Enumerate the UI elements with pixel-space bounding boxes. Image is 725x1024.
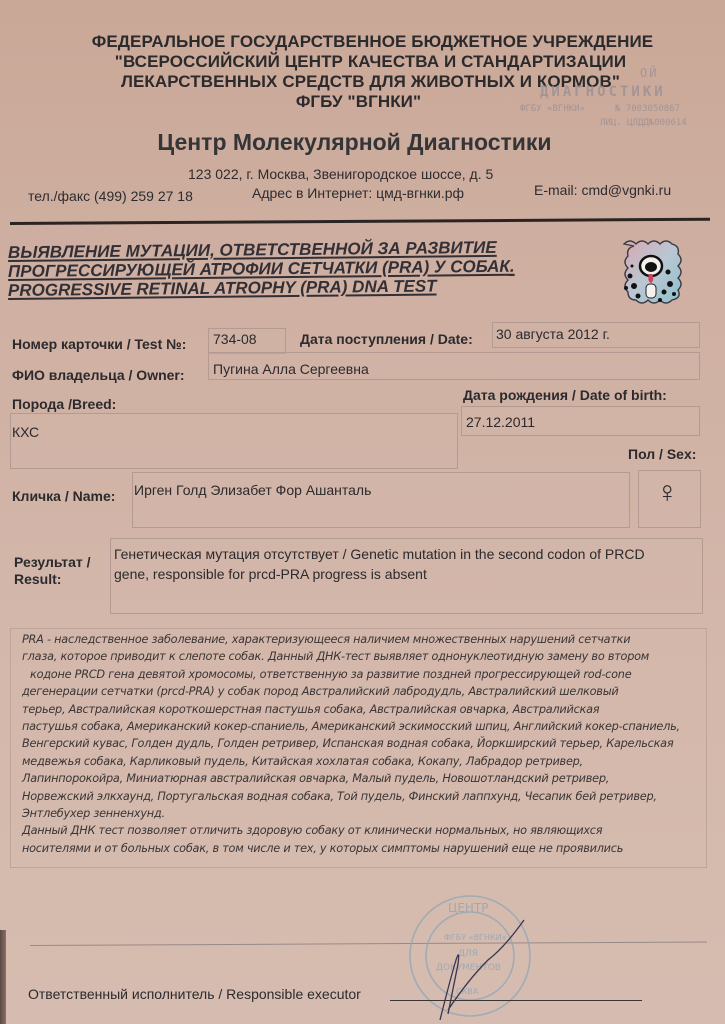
name-field — [132, 472, 630, 528]
executor-label: Ответственный исполнитель / Responsible … — [28, 986, 361, 1002]
result-line-2: gene, responsible for prcd-PRA progress … — [114, 566, 427, 582]
org-line-1: ФЕДЕРАЛЬНОЕ ГОСУДАРСТВЕННОЕ БЮДЖЕТНОЕ УЧ… — [10, 32, 725, 52]
desc-line: Венгерский кувас, Голден дудль, Голден р… — [22, 735, 712, 752]
desc-line: носителями и от больных собак, в том чис… — [22, 840, 712, 857]
desc-line: Данный ДНК тест позволяет отличить здоро… — [22, 822, 712, 839]
desc-line: терьер, Австралийская короткошерстная па… — [22, 701, 712, 718]
dob-label: Дата рождения / Date of birth: — [463, 387, 667, 403]
stamp-line-5: ЛИЦ. ЦЛДД№000614 — [600, 118, 687, 128]
desc-line: Энтлебухер зенненхунд. — [22, 805, 712, 822]
svg-text:ЦЕНТР: ЦЕНТР — [448, 901, 489, 915]
date-label: Дата поступления / Date: — [300, 331, 473, 347]
desc-line: глаза, которое приводит к слепоте собак.… — [22, 648, 712, 665]
stamp-line-2: ДИАГНОСТИКИ — [540, 84, 666, 100]
paper-edge-shadow — [0, 930, 6, 1024]
desc-line: медвежья собака, Карликовый пудель, Кита… — [22, 753, 712, 770]
owner-value: Пугина Алла Сергеевна — [213, 361, 369, 377]
test-title: ВЫЯВЛЕНИЕ МУТАЦИИ, ОТВЕТСТВЕННОЙ ЗА РАЗВ… — [8, 243, 515, 300]
test-title-line-3: PROGRESSIVE RETINAL ATROPHY (PRA) DNA TE… — [8, 276, 515, 300]
test-no-value: 734-08 — [213, 331, 257, 347]
description-text: PRA - наследственное заболевание, характ… — [22, 631, 712, 857]
desc-line: Лапинпорокойра, Миниатюрная австралийска… — [22, 770, 712, 787]
date-value: 30 августа 2012 г. — [496, 326, 610, 342]
stamp-line-1: ОЙ — [640, 66, 658, 80]
signature-line — [390, 1000, 642, 1001]
round-seal-stamp-icon: ЦЕНТР ФГБУ «ВГНКИ» ДЛЯ ДОКУМЕНТОВ СКВА — [400, 890, 540, 1024]
dob-value: 27.12.2011 — [466, 414, 535, 430]
result-label-1: Результат / — [14, 554, 91, 570]
breed-value: КХС — [12, 424, 39, 440]
test-no-label: Номер карточки / Test №: — [12, 336, 186, 352]
sex-label: Пол / Sex: — [628, 446, 696, 462]
result-line-1: Генетическая мутация отсутствует / Genet… — [114, 546, 645, 562]
owner-label: ФИО владельца / Owner: — [12, 367, 185, 383]
center-name: Центр Молекулярной Диагностики — [0, 129, 717, 156]
website: Адрес в Интернет: цмд-вгнки.рф — [252, 185, 464, 201]
dalmatian-logo-icon — [612, 236, 688, 312]
stamp-line-3: ФГБУ «ВГНКИ» — [520, 104, 585, 114]
female-symbol-icon: ♀ — [656, 476, 679, 510]
address: 123 022, г. Москва, Звенигородское шоссе… — [188, 166, 493, 182]
svg-text:ФГБУ «ВГНКИ»: ФГБУ «ВГНКИ» — [444, 933, 507, 942]
name-value: Ирген Голд Элизабет Фор Ашанталь — [134, 482, 371, 498]
email: E-mail: cmd@vgnki.ru — [534, 182, 671, 198]
breed-label: Порода /Breed: — [12, 396, 116, 412]
desc-line: дегенерации сетчатки (prcd-PRA) у собак … — [22, 683, 712, 700]
rectangular-stamp: ОЙ ДИАГНОСТИКИ ФГБУ «ВГНКИ» № 7003050867… — [520, 66, 720, 136]
svg-text:ДЛЯ: ДЛЯ — [458, 949, 478, 959]
breed-field — [10, 413, 458, 469]
result-label-2: Result: — [14, 571, 61, 587]
desc-line: PRA - наследственное заболевание, характ… — [22, 631, 712, 648]
stamp-line-4: № 7003050867 — [615, 104, 680, 114]
desc-line: Норвежский элкхаунд, Португальская водна… — [22, 788, 712, 805]
svg-text:ДОКУМЕНТОВ: ДОКУМЕНТОВ — [436, 963, 501, 973]
desc-line: пастушья собака, Американский кокер-спан… — [22, 718, 712, 735]
phone: тел./факс (499) 259 27 18 — [28, 188, 193, 204]
desc-line: кодоне PRCD гена девятой хромосомы, отве… — [22, 666, 712, 683]
name-label: Кличка / Name: — [12, 488, 115, 504]
